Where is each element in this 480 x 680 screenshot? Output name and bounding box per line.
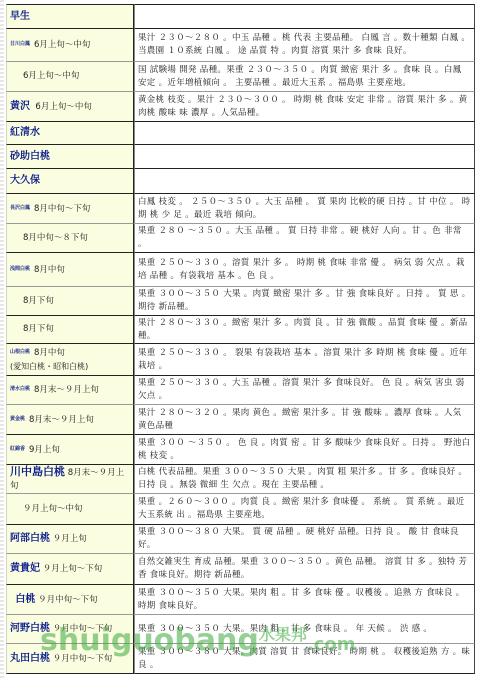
- description-cell: 黄金桃 枝変 。果汁 ２３０～３００ 。 時期 桃 食味 安定 非常 。溶質 果…: [134, 92, 475, 122]
- variety-cell: 黄貴妃 ９月上旬～下旬: [6, 554, 134, 585]
- peach-variety-table: 早生 日川白鳳6月上旬～中旬 果汁 ２３０～２８０ 。中玉 品種 。桃 代表 主…: [6, 4, 475, 674]
- harvest-period: ９月中旬～下旬: [53, 624, 113, 634]
- variety-aliases: (愛知白桃・昭和白桃): [10, 360, 130, 373]
- variety-cell: 丸田白桃 ９月中旬～下旬: [6, 644, 134, 674]
- variety-cell: 紅清水: [6, 122, 134, 145]
- description-cell: 果重 ３００～３８０ 大果。肉質 溶質 甘 食味良好。 時期 桃 。 収穫後追熟…: [134, 644, 475, 674]
- table-row: 紅錦香9月上旬 果重 ３００ ～３５０ 。 色 良 。肉質 密 。甘 多 酸味少…: [6, 435, 475, 465]
- variety-cell: 黄金桃8月末～９月上旬: [6, 405, 134, 435]
- table-row: 丸田白桃 ９月中旬～下旬 果重 ３００～３８０ 大果。肉質 溶質 甘 食味良好。…: [6, 644, 475, 674]
- variety-name: 川中島白桃: [10, 465, 65, 478]
- harvest-period: ９月中旬～下旬: [38, 595, 98, 605]
- variety-name: 白桃: [15, 594, 35, 605]
- variety-small-name: 浅間白桃: [10, 266, 30, 272]
- harvest-period: 6月上旬～中旬: [35, 102, 91, 112]
- variety-name: 砂助白桃: [10, 151, 50, 162]
- variety-small-name: 長沢白鳳: [10, 205, 30, 211]
- table-row: 紅清水: [6, 122, 475, 145]
- variety-cell: 8月下旬: [6, 287, 134, 316]
- harvest-period: 8月中旬: [34, 265, 65, 275]
- variety-cell: 砂助白桃: [6, 145, 134, 169]
- description-cell: 果汁 ２８０～３３０ 。緻密 果汁 多 。肉質 良 。甘 強 微酸 。品質 食味…: [134, 316, 475, 344]
- description-cell: 白桃 代表品種。果重 ３００～３５０ 大果 。肉質 粗 果汁多 。甘 多 。食味…: [134, 465, 475, 494]
- table-row: 早生: [6, 4, 475, 29]
- variety-name: 黄沢: [10, 101, 30, 112]
- harvest-period: 8月末～９月上旬: [29, 415, 94, 425]
- variety-cell: 紅錦香9月上旬: [6, 435, 134, 465]
- variety-cell: 黄沢 6月上旬～中旬: [6, 92, 134, 122]
- description-cell: 果重 ２５０～３３０ 。 裂果 有袋栽培 基本 。溶質 果汁 多 時期 桃 食味…: [134, 344, 475, 376]
- description-cell: 果重 ３００ ～３５０ 。 色 良 。肉質 密 。甘 多 酸味少 食味良好 。日…: [134, 435, 475, 465]
- description-cell: 果重 ３００～３５０ 大果。果肉 粗 。甘 多 食味良 。 年 天候 。 渋 感…: [134, 615, 475, 644]
- description-cell: 果重 ３００～３５０ 大果。果肉 粗 。甘 多 食味 優 。収穫後 。追熟 方 …: [134, 585, 475, 615]
- variety-name: 早生: [10, 11, 30, 22]
- variety-cell: 川中島白桃 8月末～９月上旬: [6, 465, 134, 494]
- variety-cell: 8月中旬～８下旬: [6, 224, 134, 253]
- variety-name: 阿部白桃: [10, 533, 50, 544]
- variety-cell: 浅間白桃8月中旬: [6, 253, 134, 287]
- table-row: 阿部白桃 ９月上旬 果重 ３００～３８０ 大果。 質 硬 品種 。硬 桃好 品種…: [6, 525, 475, 554]
- variety-small-name: 黄金桃: [10, 416, 25, 422]
- harvest-period: 8月下旬: [23, 296, 54, 306]
- description-cell: 白鳳 枝変 。 ２５０～３５０ 。大玉 品種 。 質 果肉 比較的硬 日持 。甘…: [134, 194, 475, 224]
- variety-small-name: 清水白桃: [10, 386, 30, 392]
- table-row: 浅間白桃8月中旬 果重 ２５０～３３０ 。溶質 果汁 多 。 時期 桃 食味 非…: [6, 253, 475, 287]
- harvest-period: ９月上旬～中旬: [23, 504, 83, 514]
- variety-cell: 6月上旬～中旬: [6, 62, 134, 92]
- variety-cell: ９月上旬～中旬: [6, 494, 134, 525]
- harvest-period: ９月上旬～下旬: [43, 564, 103, 574]
- description-cell: 果重 。２６０～３００ 。肉質 良 。緻密 果汁多 食味優 。 系統 。 質 系…: [134, 494, 475, 525]
- description-cell: [134, 145, 475, 169]
- variety-cell: 清水白桃8月末～９月上旬: [6, 376, 134, 405]
- table-row: 長沢白鳳8月中旬～下旬 白鳳 枝変 。 ２５０～３５０ 。大玉 品種 。 質 果…: [6, 194, 475, 224]
- description-cell: 果重 ３００～３５０ 大果 。肉質 緻密 果汁 多 。甘 強 食味良好 。日持 …: [134, 287, 475, 316]
- description-cell: 果汁 ２８０～３２０ 。果肉 黄色 。緻密 果汁多 。甘 強 酸味 。濃厚 食味…: [134, 405, 475, 435]
- harvest-period: 8月末～９月上旬: [34, 385, 99, 395]
- variety-small-name: 紅錦香: [10, 446, 25, 452]
- harvest-period: 8月中旬～８下旬: [23, 233, 88, 243]
- harvest-period: ９月中旬～下旬: [53, 654, 113, 664]
- table-row: 大久保: [6, 169, 475, 194]
- table-row: 黄沢 6月上旬～中旬 黄金桃 枝変 。果汁 ２３０～３００ 。 時期 桃 食味 …: [6, 92, 475, 122]
- table-row: 河野白桃 ９月中旬～下旬 果重 ３００～３５０ 大果。果肉 粗 。甘 多 食味良…: [6, 615, 475, 644]
- description-cell: [134, 122, 475, 145]
- description-cell: 果重 ２５０～３３０ 。溶質 果汁 多 。 時期 桃 食味 非常 優 。 病気 …: [134, 253, 475, 287]
- variety-name: 河野白桃: [10, 623, 50, 634]
- variety-name: 紅清水: [10, 127, 40, 138]
- harvest-period: 8月中旬: [34, 348, 65, 358]
- table-row: 山根白桃8月中旬(愛知白桃・昭和白桃) 果重 ２５０～３３０ 。 裂果 有袋栽培…: [6, 344, 475, 376]
- variety-cell: 早生: [6, 4, 134, 29]
- variety-cell: 大久保: [6, 169, 134, 194]
- harvest-period: 8月中旬～下旬: [34, 204, 90, 214]
- description-cell: [134, 169, 475, 194]
- table-row: 川中島白桃 8月末～９月上旬 白桃 代表品種。果重 ３００～３５０ 大果 。肉質…: [6, 465, 475, 494]
- table-row: 6月上旬～中旬 国 試験場 開発 品種。果重 ２３０～３５０ 。肉質 緻密 果汁…: [6, 62, 475, 92]
- description-cell: 果重 ２５０～３３０ 。大玉 品種 。溶質 果汁 多 食味良好。 色 良 。病気…: [134, 376, 475, 405]
- variety-cell: 河野白桃 ９月中旬～下旬: [6, 615, 134, 644]
- page-edge: [0, 0, 4, 680]
- variety-cell: 山根白桃8月中旬(愛知白桃・昭和白桃): [6, 344, 134, 376]
- variety-cell: 阿部白桃 ９月上旬: [6, 525, 134, 554]
- description-cell: 国 試験場 開発 品種。果重 ２３０～３５０ 。肉質 緻密 果汁 多 。食味 良…: [134, 62, 475, 92]
- table-row: 日川白鳳6月上旬～中旬 果汁 ２３０～２８０ 。中玉 品種 。桃 代表 主要品種…: [6, 29, 475, 62]
- table-row: 砂助白桃: [6, 145, 475, 169]
- description-cell: 果重 ２８０ ～３５０ 。大玉 品種 。 質 日持 非常 。硬 桃好 人向 。甘…: [134, 224, 475, 253]
- table-row: 白桃 ９月中旬～下旬 果重 ３００～３５０ 大果。果肉 粗 。甘 多 食味 優 …: [6, 585, 475, 615]
- table-row: 黄貴妃 ９月上旬～下旬 自然交雑実生 育成 品種。果重 ３００～３５０ 。黄色 …: [6, 554, 475, 585]
- variety-name: 大久保: [10, 175, 40, 186]
- description-cell: 自然交雑実生 育成 品種。果重 ３００～３５０ 。黄色 品種。 溶質 甘 多 。…: [134, 554, 475, 585]
- table-row: ９月上旬～中旬 果重 。２６０～３００ 。肉質 良 。緻密 果汁多 食味優 。 …: [6, 494, 475, 525]
- description-cell: 果重 ３００～３８０ 大果。 質 硬 品種 。硬 桃好 品種。日持 良 。 酸 …: [134, 525, 475, 554]
- harvest-period: 8月下旬: [23, 324, 54, 334]
- table-row: 8月下旬 果汁 ２８０～３３０ 。緻密 果汁 多 。肉質 良 。甘 強 微酸 。…: [6, 316, 475, 344]
- variety-cell: 8月下旬: [6, 316, 134, 344]
- variety-name: 黄貴妃: [10, 563, 40, 574]
- variety-small-name: 山根白桃: [10, 349, 30, 355]
- table-row: 清水白桃8月末～９月上旬 果重 ２５０～３３０ 。大玉 品種 。溶質 果汁 多 …: [6, 376, 475, 405]
- description-cell: [134, 4, 475, 29]
- variety-small-name: 日川白鳳: [10, 41, 30, 47]
- harvest-period: 6月上旬～中旬: [34, 40, 90, 50]
- harvest-period: ９月上旬: [53, 534, 87, 544]
- harvest-period: 6月上旬～中旬: [23, 71, 79, 81]
- table-row: 8月下旬 果重 ３００～３５０ 大果 。肉質 緻密 果汁 多 。甘 強 食味良好…: [6, 287, 475, 316]
- harvest-period: 9月上旬: [29, 445, 60, 455]
- table-row: 8月中旬～８下旬 果重 ２８０ ～３５０ 。大玉 品種 。 質 日持 非常 。硬…: [6, 224, 475, 253]
- table-row: 黄金桃8月末～９月上旬 果汁 ２８０～３２０ 。果肉 黄色 。緻密 果汁多 。甘…: [6, 405, 475, 435]
- variety-cell: 白桃 ９月中旬～下旬: [6, 585, 134, 615]
- variety-name: 丸田白桃: [10, 653, 50, 664]
- variety-cell: 日川白鳳6月上旬～中旬: [6, 29, 134, 62]
- variety-cell: 長沢白鳳8月中旬～下旬: [6, 194, 134, 224]
- description-cell: 果汁 ２３０～２８０ 。中玉 品種 。桃 代表 主要品種。 白鳳 言 。数十種類…: [134, 29, 475, 62]
